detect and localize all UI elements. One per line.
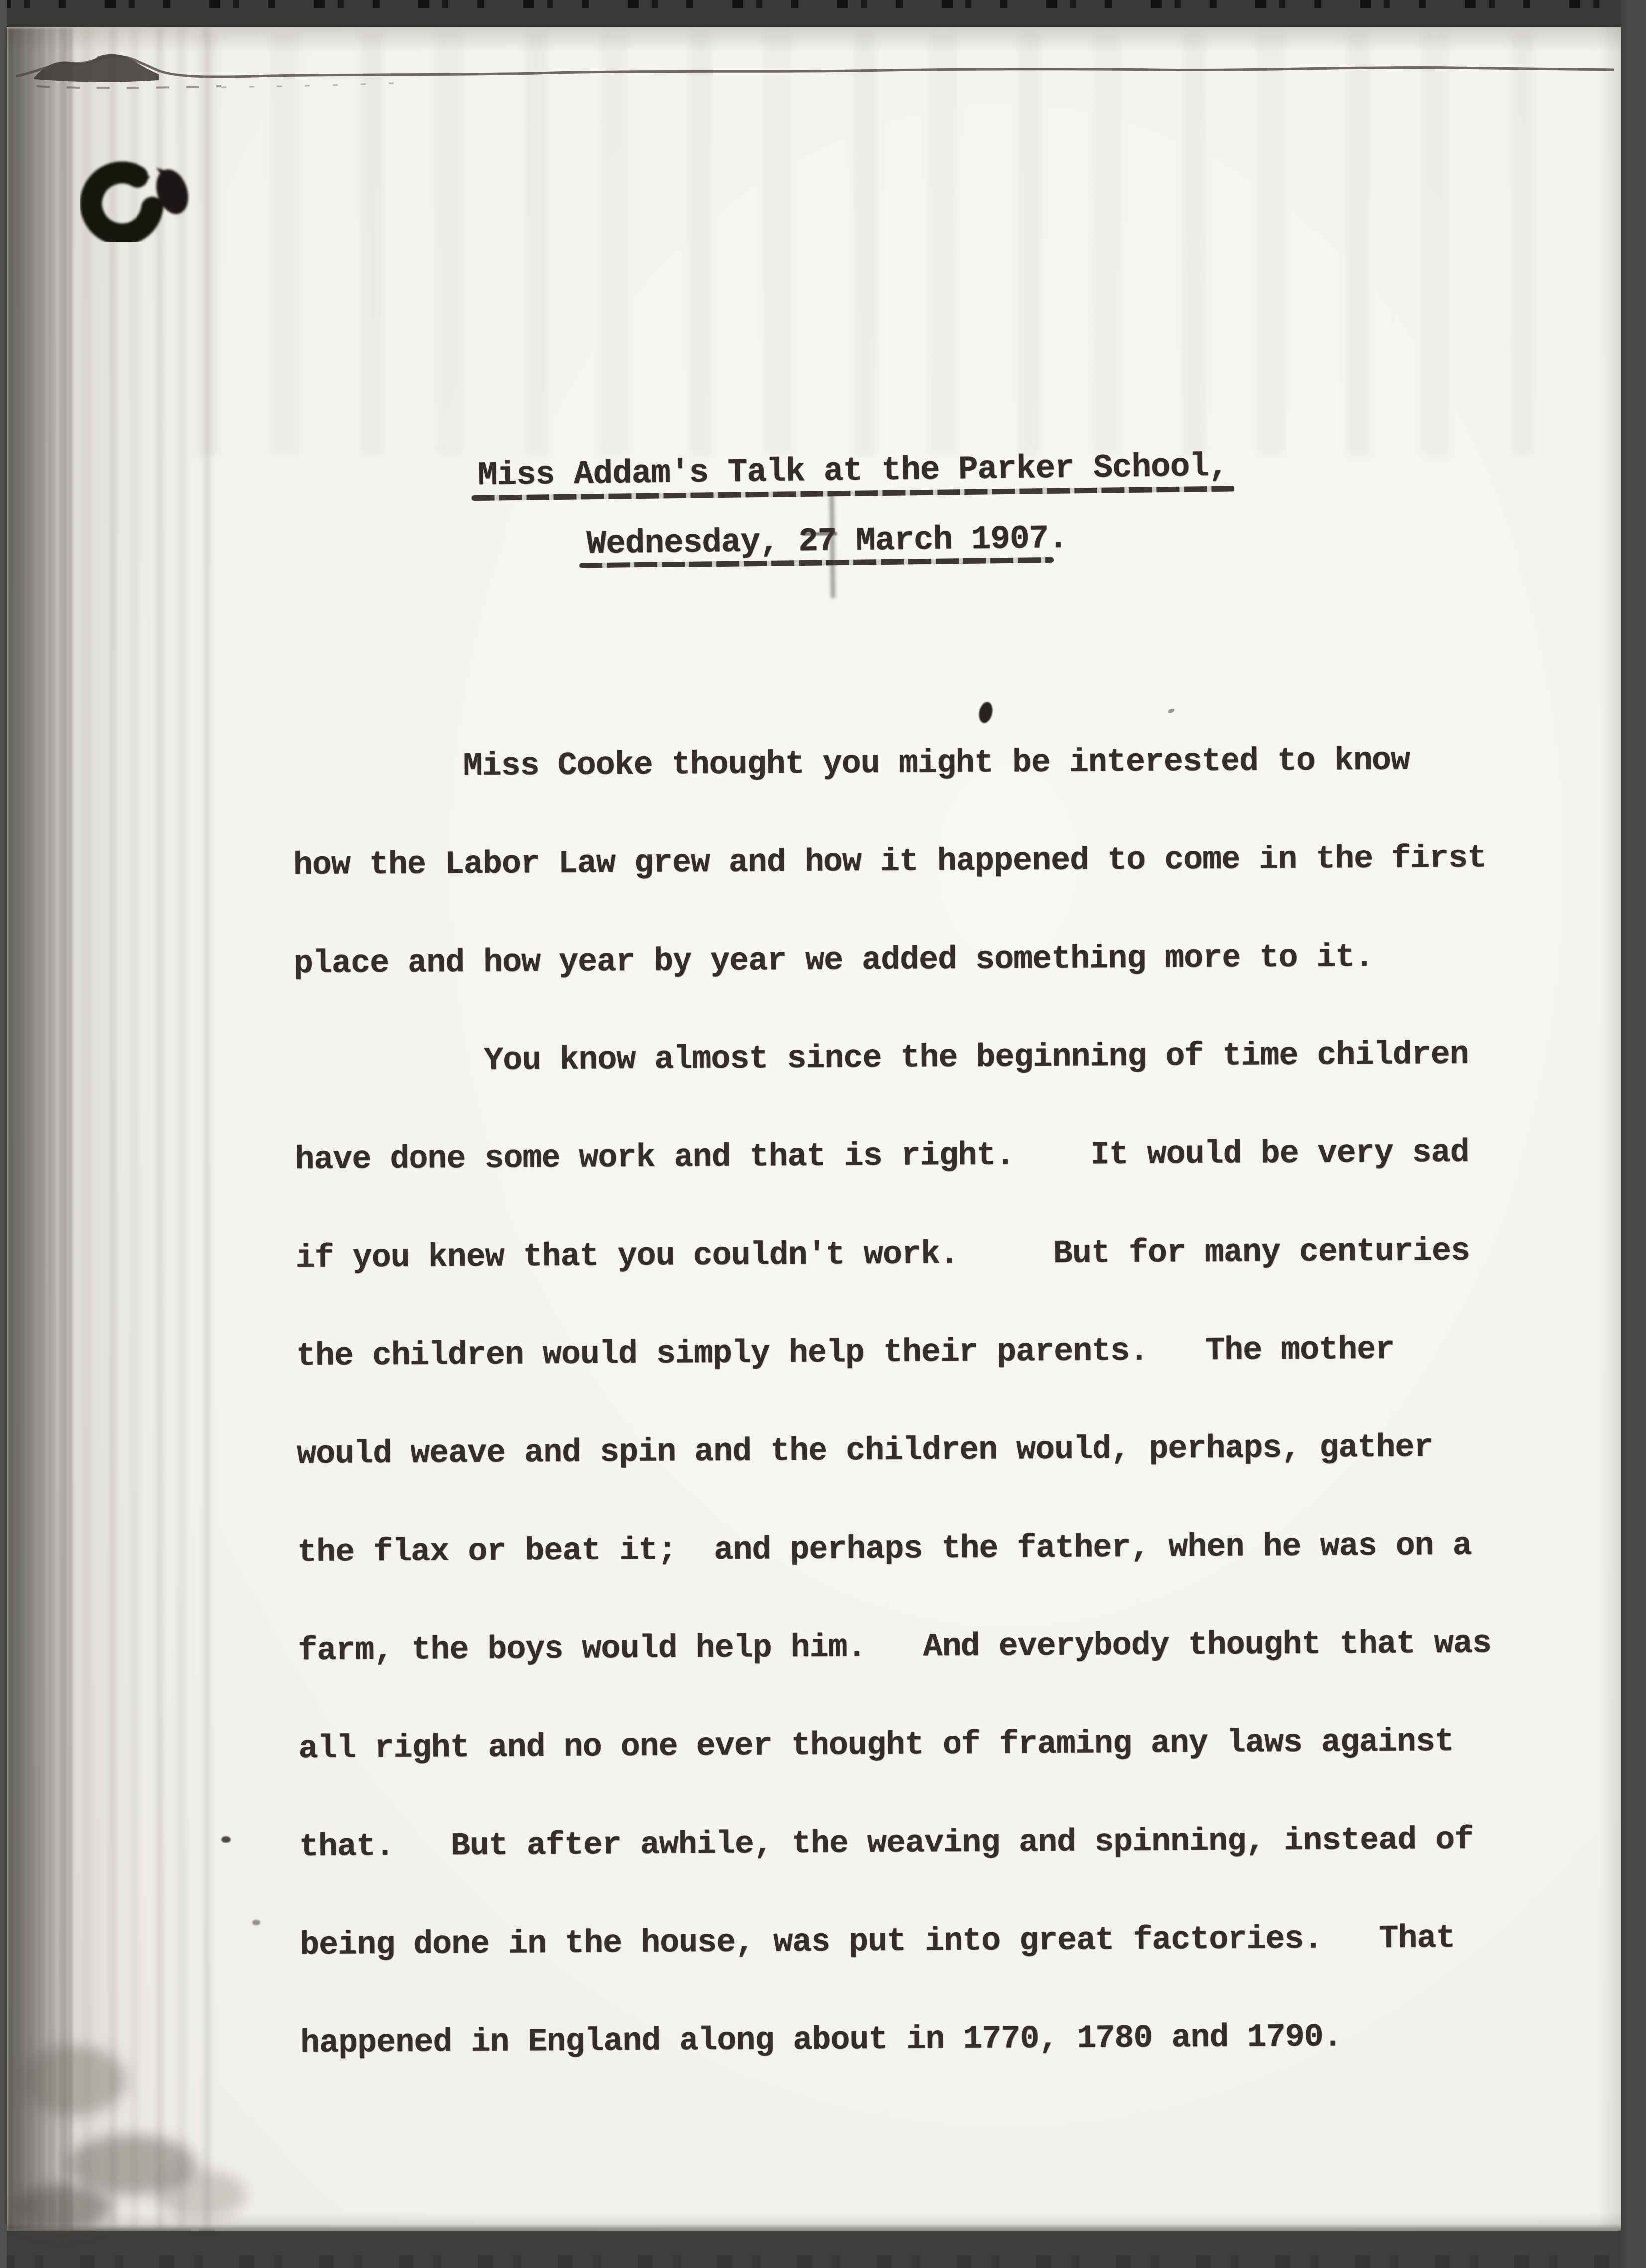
bottom-smudge xyxy=(17,2045,127,2115)
document-title-line1: Miss Addam's Talk at the Parker School, xyxy=(478,450,1228,492)
body-line: have done some work and that is right. I… xyxy=(295,1103,1591,1209)
bottom-smudge xyxy=(12,2185,112,2230)
body-line: that. But after awhile, the weaving and … xyxy=(299,1790,1595,1896)
vertical-fold-mark xyxy=(829,493,835,598)
bottom-smudge xyxy=(156,2170,246,2220)
document-title-line2: Wednesday, 27 March 1907. xyxy=(586,522,1068,561)
document-page: Miss Addam's Talk at the Parker School, … xyxy=(7,27,1621,2231)
microfilm-scan-frame: Miss Addam's Talk at the Parker School, … xyxy=(0,0,1646,2268)
margin-ink-dot-faint xyxy=(252,1920,260,1925)
margin-ink-dot xyxy=(221,1836,231,1843)
body-line: if you knew that you couldn't work. But … xyxy=(295,1201,1591,1307)
body-line: how the Labor Law grew and how it happen… xyxy=(293,809,1589,915)
film-edge-marks xyxy=(0,0,1646,8)
body-line: place and how year by year we added some… xyxy=(293,907,1589,1013)
body-line: would weave and spin and the children wo… xyxy=(296,1398,1592,1504)
body-line: all right and no one ever thought of fra… xyxy=(298,1692,1594,1798)
body-line: the children would simply help their par… xyxy=(296,1299,1592,1406)
fold-dash-mark xyxy=(802,532,837,536)
body-line: being done in the house, was put into gr… xyxy=(299,1888,1595,1994)
body-line: farm, the boys would help him. And every… xyxy=(298,1594,1594,1700)
body-line: happened in England along about in 1770,… xyxy=(300,1986,1596,2093)
body-line: You know almost since the beginning of t… xyxy=(294,1005,1590,1111)
body-line: the flax or beat it; and perhaps the fat… xyxy=(297,1496,1593,1602)
body-line: Miss Cooke thought you might be interest… xyxy=(292,710,1588,817)
typewritten-body: Miss Cooke thought you might be interest… xyxy=(292,710,1596,2093)
film-edge-marks-bottom xyxy=(0,2255,1646,2268)
